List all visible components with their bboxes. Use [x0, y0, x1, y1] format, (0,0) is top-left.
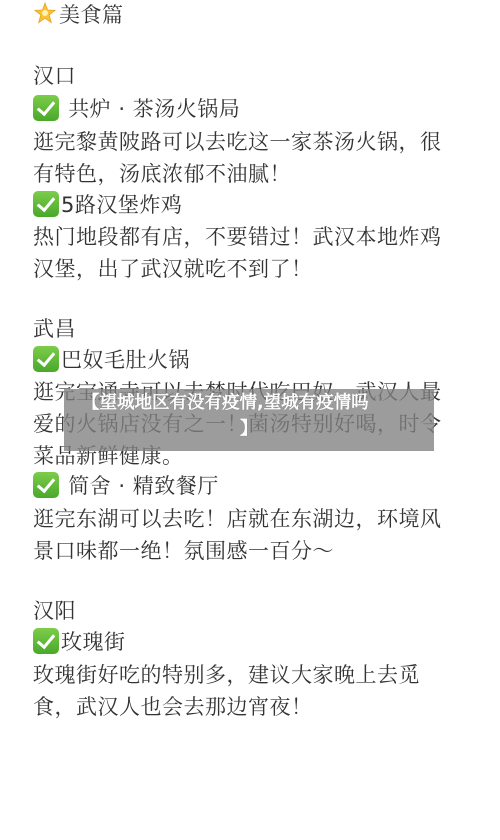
- district-heading: 汉口: [33, 62, 76, 90]
- overlay-caption-line-1: 【望城地区有没有疫情,望城有疫情吗: [82, 393, 369, 413]
- description-line: 食，武汉人也会去那边宵夜！: [33, 693, 313, 721]
- check-mark-button-icon: [33, 472, 59, 498]
- restaurant-name: 简舍 · 精致餐厅: [33, 472, 219, 500]
- restaurant-name: 巴奴毛肚火锅: [33, 346, 190, 374]
- description-line: 玫瑰街好吃的特别多，建议大家晚上去觅: [33, 661, 420, 689]
- description-line: 热门地段都有店，不要错过！武汉本地炸鸡: [33, 223, 442, 251]
- check-mark-button-icon: [33, 628, 59, 654]
- district-heading: 武昌: [33, 315, 76, 343]
- restaurant-name: 共炉 · 茶汤火锅局: [33, 95, 240, 123]
- restaurant-name: 玫瑰街: [33, 628, 126, 656]
- overlay-caption: 【望城地区有没有疫情,望城有疫情吗 】: [82, 390, 422, 442]
- description-line: 逛完黎黄陂路可以去吃这一家茶汤火锅，很: [33, 128, 442, 156]
- glowing-star-icon: [33, 1, 57, 25]
- description-line: 有特色，汤底浓郁不油腻！: [33, 160, 291, 188]
- overlay-caption-line-2: 】: [82, 416, 422, 442]
- restaurant-name: 5路汉堡炸鸡: [33, 191, 182, 219]
- check-mark-button-icon: [33, 95, 59, 121]
- check-mark-button-icon: [33, 346, 59, 372]
- guide-title: 美食篇: [33, 1, 124, 29]
- description-line: 逛完东湖可以去吃！店就在东湖边，环境风: [33, 505, 442, 533]
- guide-title-text: 美食篇: [59, 3, 124, 27]
- district-heading: 汉阳: [33, 597, 76, 625]
- description-line: 汉堡，出了武汉就吃不到了！: [33, 255, 313, 283]
- description-line: 景口味都一绝！氛围感一百分～: [33, 537, 334, 565]
- check-mark-button-icon: [33, 191, 59, 217]
